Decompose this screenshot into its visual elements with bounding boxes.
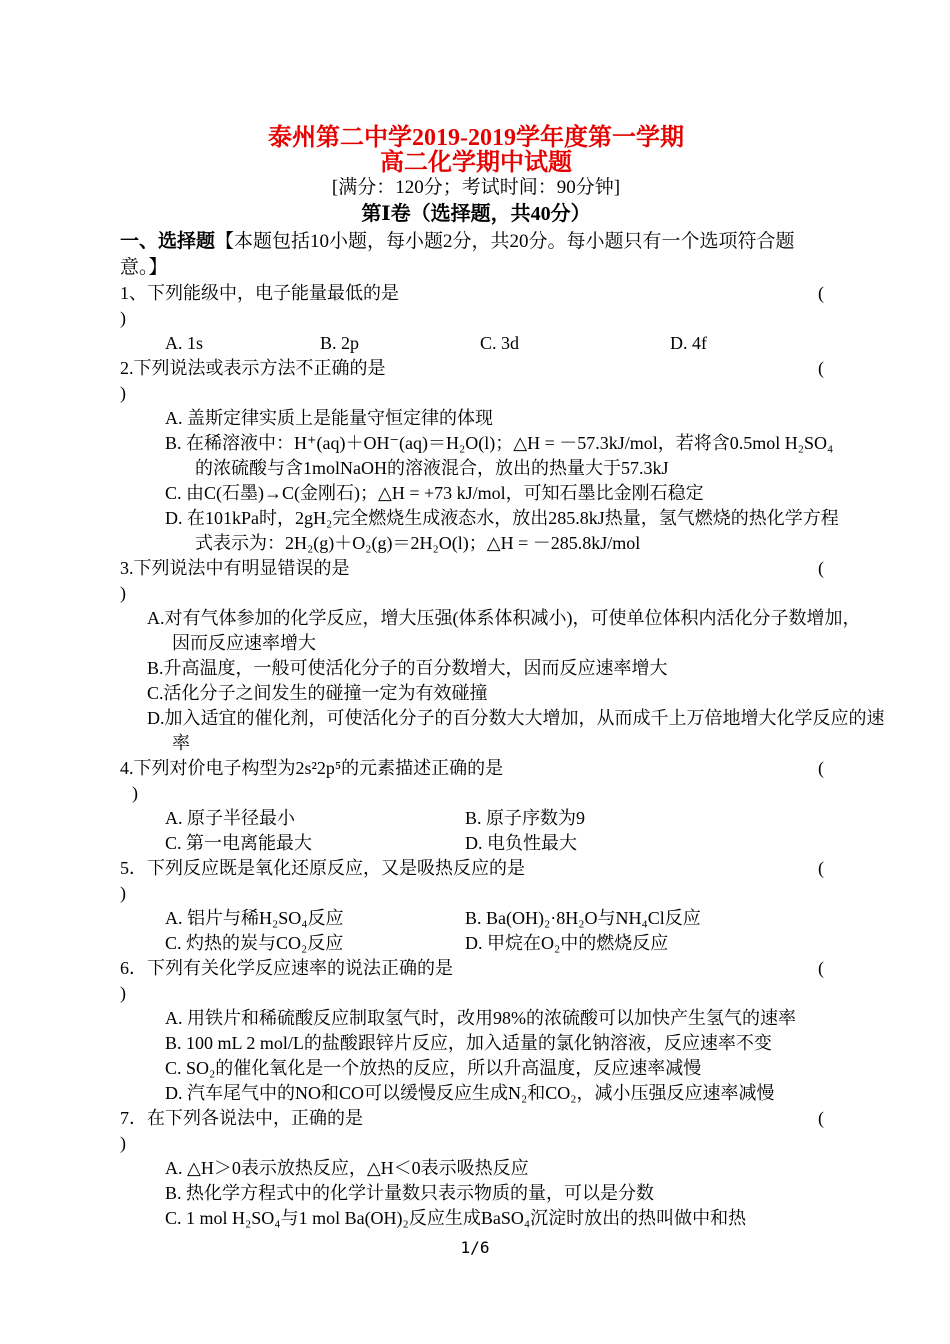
question-2-open-paren: ( (818, 356, 824, 381)
question-1-options-row: A. 1sB. 2pC. 3dD. 4f (165, 331, 832, 356)
question-3: 3.下列说法中有明显错误的是()A.对有气体参加的化学反应，增大压强(体系体积减… (120, 556, 832, 756)
question-5-stem: 5．下列反应既是氧化还原反应，又是吸热反应的是 (120, 856, 525, 881)
question-3-line-6: 率 (172, 731, 832, 756)
question-2-close-paren: ) (120, 381, 832, 406)
question-5-option-B: B. Ba(OH)₂·8H₂O与NH₄Cl反应 (465, 906, 701, 931)
question-1-stem-line: 1、下列能级中，电子能量最低的是( (120, 281, 832, 306)
question-4-options-row-1: A. 原子半径最小B. 原子序数为9 (165, 806, 832, 831)
section-intro: 一、选择题【本题包括10小题，每小题2分，共20分。每小题只有一个选项符合题意。… (120, 229, 832, 281)
question-1-open-paren: ( (818, 281, 824, 306)
question-5-option-A: A. 铝片与稀H₂SO₄反应 (165, 906, 465, 931)
question-5: 5．下列反应既是氧化还原反应，又是吸热反应的是()A. 铝片与稀H₂SO₄反应B… (120, 856, 832, 956)
question-4-stem: 4.下列对价电子构型为2s²2p⁵的元素描述正确的是 (120, 756, 503, 781)
question-5-close-paren: ) (120, 881, 832, 906)
question-6-line-3: C. SO₂的催化氧化是一个放热的反应，所以升高温度，反应速率减慢 (165, 1056, 832, 1081)
intro-label: 一、选择题 (120, 231, 215, 252)
question-1-option-C: C. 3d (480, 331, 670, 356)
question-5-stem-line: 5．下列反应既是氧化还原反应，又是吸热反应的是( (120, 856, 832, 881)
question-6-stem-line: 6．下列有关化学反应速率的说法正确的是( (120, 956, 832, 981)
question-2-line-4: C. 由C(石墨)→C(金刚石)；△H = +73 kJ/mol，可知石墨比金刚… (165, 481, 832, 506)
question-3-open-paren: ( (818, 556, 824, 581)
question-1-option-A: A. 1s (165, 331, 320, 356)
question-4-option-B: B. 原子序数为9 (465, 806, 585, 831)
question-2-line-1: A. 盖斯定律实质上是能量守恒定律的体现 (165, 406, 832, 431)
question-2-line-2: B. 在稀溶液中：H⁺(aq)＋OH⁻(aq)＝H₂O(l)；△H = －57.… (165, 431, 832, 456)
document-body: { "colors": { "title_red": "#e60000" }, … (0, 0, 950, 1344)
question-6-line-1: A. 用铁片和稀硫酸反应制取氢气时，改用98%的浓硫酸可以加快产生氢气的速率 (165, 1006, 832, 1031)
question-2-line-3: 的浓硫酸与含1molNaOH的溶液混合，放出的热量大于57.3kJ (195, 456, 832, 481)
exam-title-line1: 泰州第二中学2019-2019学年度第一学期 (120, 126, 832, 151)
question-5-options-row-2: C. 灼热的炭与CO₂反应D. 甲烷在O₂中的燃烧反应 (165, 931, 832, 956)
question-7: 7．在下列各说法中，正确的是()A. △H＞0表示放热反应，△H＜0表示吸热反应… (120, 1106, 832, 1231)
question-7-open-paren: ( (818, 1106, 824, 1131)
question-5-option-D: D. 甲烷在O₂中的燃烧反应 (465, 931, 668, 956)
question-6-close-paren: ) (120, 981, 832, 1006)
question-1-option-B: B. 2p (320, 331, 480, 356)
question-list: 1、下列能级中，电子能量最低的是()A. 1sB. 2pC. 3dD. 4f2.… (120, 281, 832, 1231)
question-2-line-5: D. 在101kPa时，2gH₂完全燃烧生成液态水，放出285.8kJ热量，氢气… (165, 506, 832, 531)
question-4-close-paren: ) (132, 781, 832, 806)
section-title: 第Ⅰ卷（选择题，共40分） (120, 201, 832, 227)
exam-page: 泰州第二中学2019-2019学年度第一学期 高二化学期中试题 [满分：120分… (0, 0, 950, 1344)
intro-text: 【本题包括10小题，每小题2分，共20分。每小题只有一个选项符合题意。】 (120, 231, 795, 278)
question-1-close-paren: ) (120, 306, 832, 331)
question-1: 1、下列能级中，电子能量最低的是()A. 1sB. 2pC. 3dD. 4f (120, 281, 832, 356)
page-number: 1/6 (0, 1238, 950, 1257)
question-4-open-paren: ( (818, 756, 824, 781)
question-3-stem: 3.下列说法中有明显错误的是 (120, 556, 350, 581)
question-7-line-2: B. 热化学方程式中的化学计量数只表示物质的量，可以是分数 (165, 1181, 832, 1206)
question-4-option-A: A. 原子半径最小 (165, 806, 465, 831)
question-6-stem: 6．下列有关化学反应速率的说法正确的是 (120, 956, 453, 981)
question-2: 2.下列说法或表示方法不正确的是()A. 盖斯定律实质上是能量守恒定律的体现B.… (120, 356, 832, 556)
question-4: 4.下列对价电子构型为2s²2p⁵的元素描述正确的是()A. 原子半径最小B. … (120, 756, 832, 856)
question-3-line-3: B.升高温度，一般可使活化分子的百分数增大，因而反应速率增大 (147, 656, 832, 681)
question-7-line-1: A. △H＞0表示放热反应，△H＜0表示吸热反应 (165, 1156, 832, 1181)
question-6-line-2: B. 100 mL 2 mol/L的盐酸跟锌片反应，加入适量的氯化钠溶液，反应速… (165, 1031, 832, 1056)
question-7-stem: 7．在下列各说法中，正确的是 (120, 1106, 363, 1131)
question-5-open-paren: ( (818, 856, 824, 881)
question-2-stem: 2.下列说法或表示方法不正确的是 (120, 356, 386, 381)
question-7-close-paren: ) (120, 1131, 832, 1156)
question-5-options-row-1: A. 铝片与稀H₂SO₄反应B. Ba(OH)₂·8H₂O与NH₄Cl反应 (165, 906, 832, 931)
question-4-option-C: C. 第一电离能最大 (165, 831, 465, 856)
question-3-line-1: A.对有气体参加的化学反应，增大压强(体系体积减小)，可使单位体积内活化分子数增… (147, 606, 832, 631)
question-4-option-D: D. 电负性最大 (465, 831, 577, 856)
question-3-close-paren: ) (120, 581, 832, 606)
question-7-line-3: C. 1 mol H₂SO₄与1 mol Ba(OH)₂反应生成BaSO₄沉淀时… (165, 1206, 832, 1231)
question-2-line-6: 式表示为：2H₂(g)＋O₂(g)＝2H₂O(l)；△H = －285.8kJ/… (195, 531, 832, 556)
question-4-stem-line: 4.下列对价电子构型为2s²2p⁵的元素描述正确的是( (120, 756, 832, 781)
question-6: 6．下列有关化学反应速率的说法正确的是()A. 用铁片和稀硫酸反应制取氢气时，改… (120, 956, 832, 1106)
exam-meta-info: [满分：120分；考试时间：90分钟] (120, 177, 832, 199)
question-1-option-D: D. 4f (670, 331, 707, 356)
question-3-line-2: 因而反应速率增大 (172, 631, 832, 656)
question-4-options-row-2: C. 第一电离能最大D. 电负性最大 (165, 831, 832, 856)
exam-title-line2: 高二化学期中试题 (120, 151, 832, 176)
question-5-option-C: C. 灼热的炭与CO₂反应 (165, 931, 465, 956)
question-3-line-5: D.加入适宜的催化剂，可使活化分子的百分数大大增加，从而成千上万倍地增大化学反应… (147, 706, 832, 731)
question-7-stem-line: 7．在下列各说法中，正确的是( (120, 1106, 832, 1131)
question-6-open-paren: ( (818, 956, 824, 981)
question-6-line-4: D. 汽车尾气中的NO和CO可以缓慢反应生成N₂和CO₂，减小压强反应速率减慢 (165, 1081, 832, 1106)
question-3-line-4: C.活化分子之间发生的碰撞一定为有效碰撞 (147, 681, 832, 706)
question-3-stem-line: 3.下列说法中有明显错误的是( (120, 556, 832, 581)
question-1-stem: 1、下列能级中，电子能量最低的是 (120, 281, 399, 306)
question-2-stem-line: 2.下列说法或表示方法不正确的是( (120, 356, 832, 381)
